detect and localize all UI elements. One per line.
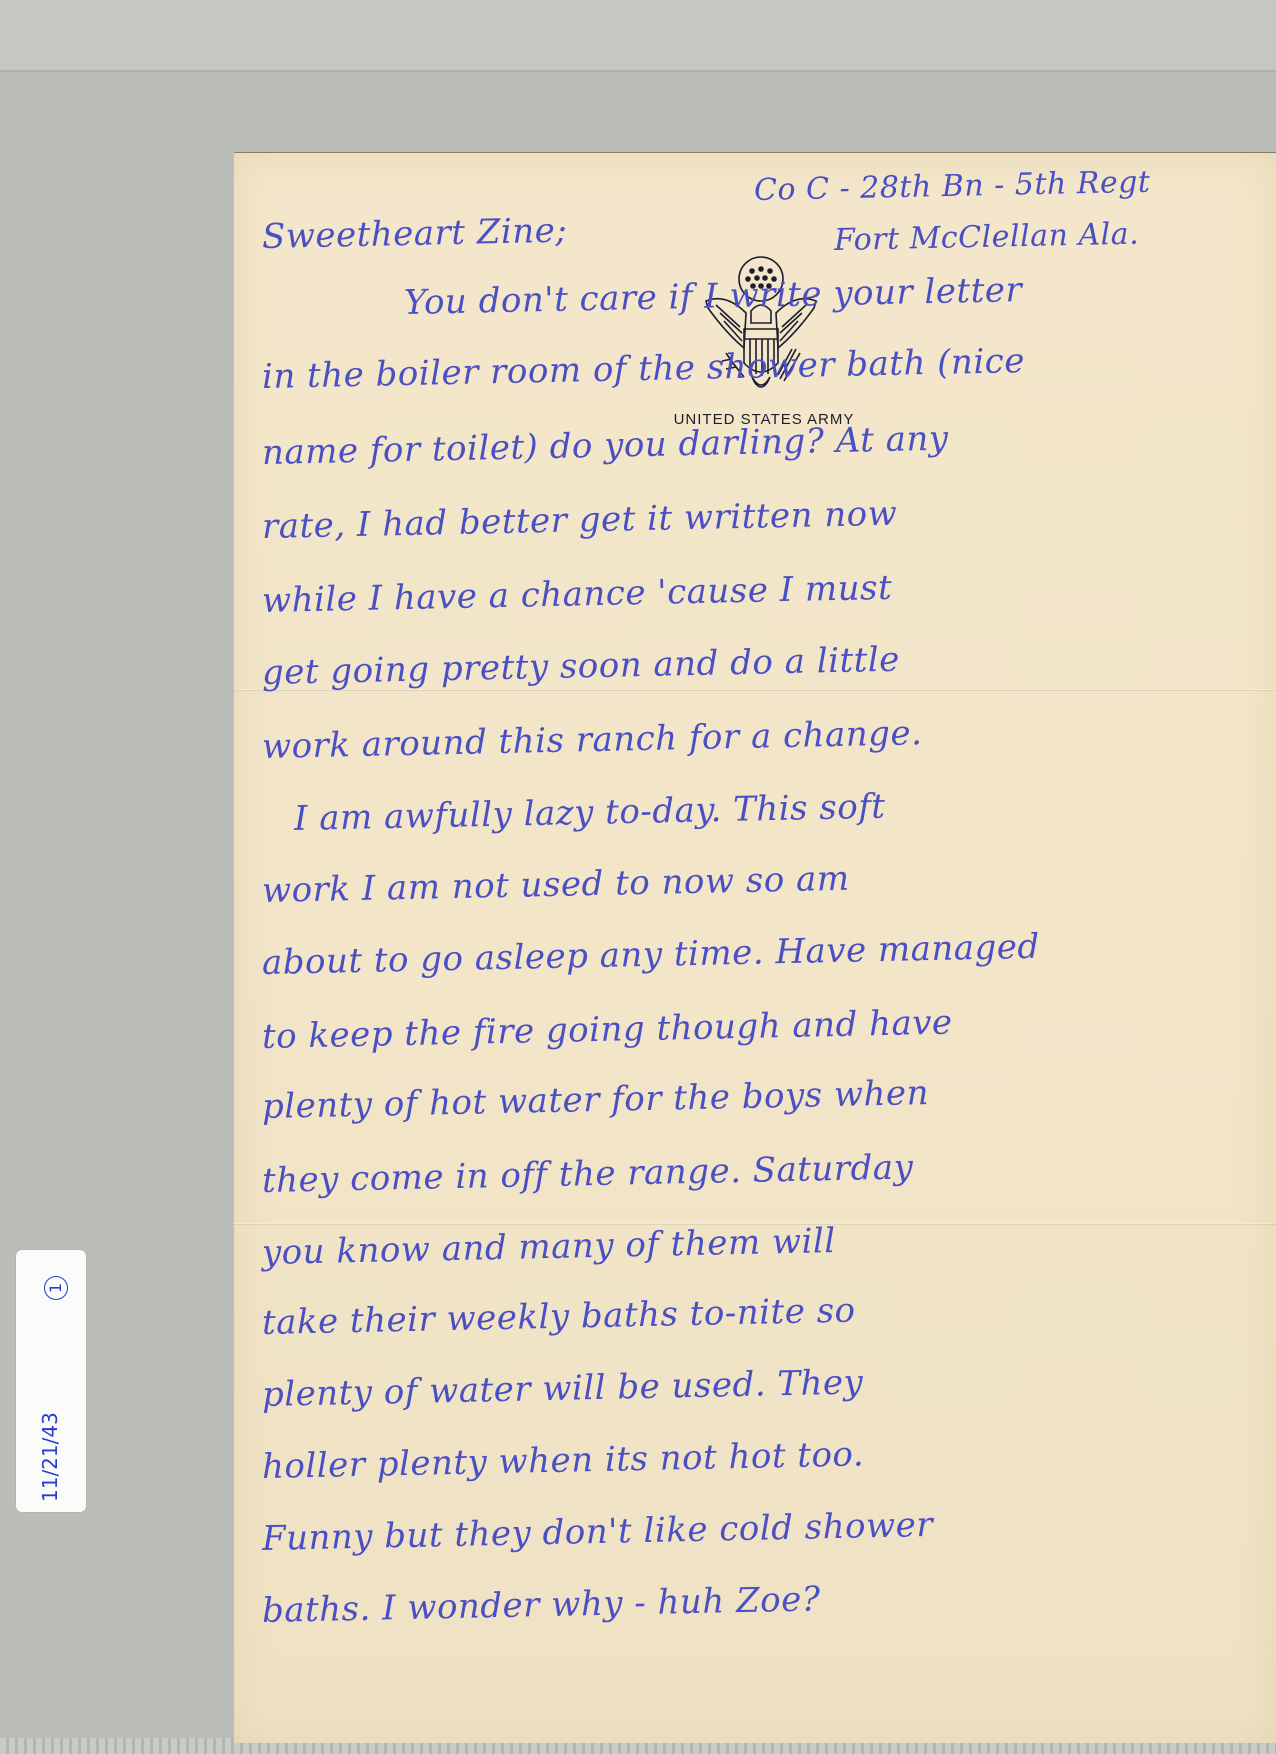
letter-page: UNITED STATES ARMY Co C - 28th Bn - 5th …: [234, 152, 1276, 1743]
letter-line: plenty of hot water for the boys when: [262, 1073, 930, 1127]
return-address-location: Fort McClellan Ala.: [834, 217, 1140, 258]
letter-line: they come in off the range. Saturday: [262, 1147, 914, 1201]
letter-line: you know and many of them will: [262, 1221, 836, 1273]
letter-line: work I am not used to now so am: [262, 859, 850, 911]
letter-line: while I have a chance 'cause I must: [262, 568, 893, 621]
letter-line: get going pretty soon and do a little: [262, 640, 901, 693]
archive-label-date: 11/21/43: [38, 1412, 62, 1502]
letter-line: rate, I had better get it written now: [262, 494, 898, 547]
letter-line: Funny but they don't like cold shower: [262, 1505, 934, 1559]
letter-line: holler plenty when its not hot too.: [262, 1434, 865, 1487]
archive-label-number: 1: [44, 1276, 68, 1300]
letter-line: take their weekly baths to-nite so: [262, 1291, 856, 1343]
archive-label-tab: 1 11/21/43: [16, 1250, 86, 1512]
letter-line: plenty of water will be used. They: [262, 1362, 864, 1415]
return-address-unit: Co C - 28th Bn - 5th Regt: [754, 165, 1151, 208]
letter-line: baths. I wonder why - huh Zoe?: [262, 1579, 821, 1631]
letter-line: work around this ranch for a change.: [262, 713, 923, 767]
letter-line: about to go asleep any time. Have manage…: [262, 927, 1041, 983]
salutation: Sweetheart Zine;: [262, 211, 568, 257]
letter-line: to keep the fire going though and have: [262, 1003, 953, 1057]
letter-line: in the boiler room of the shower bath (n…: [262, 341, 1026, 397]
scanner-sleeve-top: [0, 0, 1276, 72]
letter-line: name for toilet) do you darling? At any: [262, 419, 949, 473]
letter-line: I am awfully lazy to-day. This soft: [294, 787, 886, 839]
letter-line: You don't care if I write your letter: [404, 270, 1023, 323]
